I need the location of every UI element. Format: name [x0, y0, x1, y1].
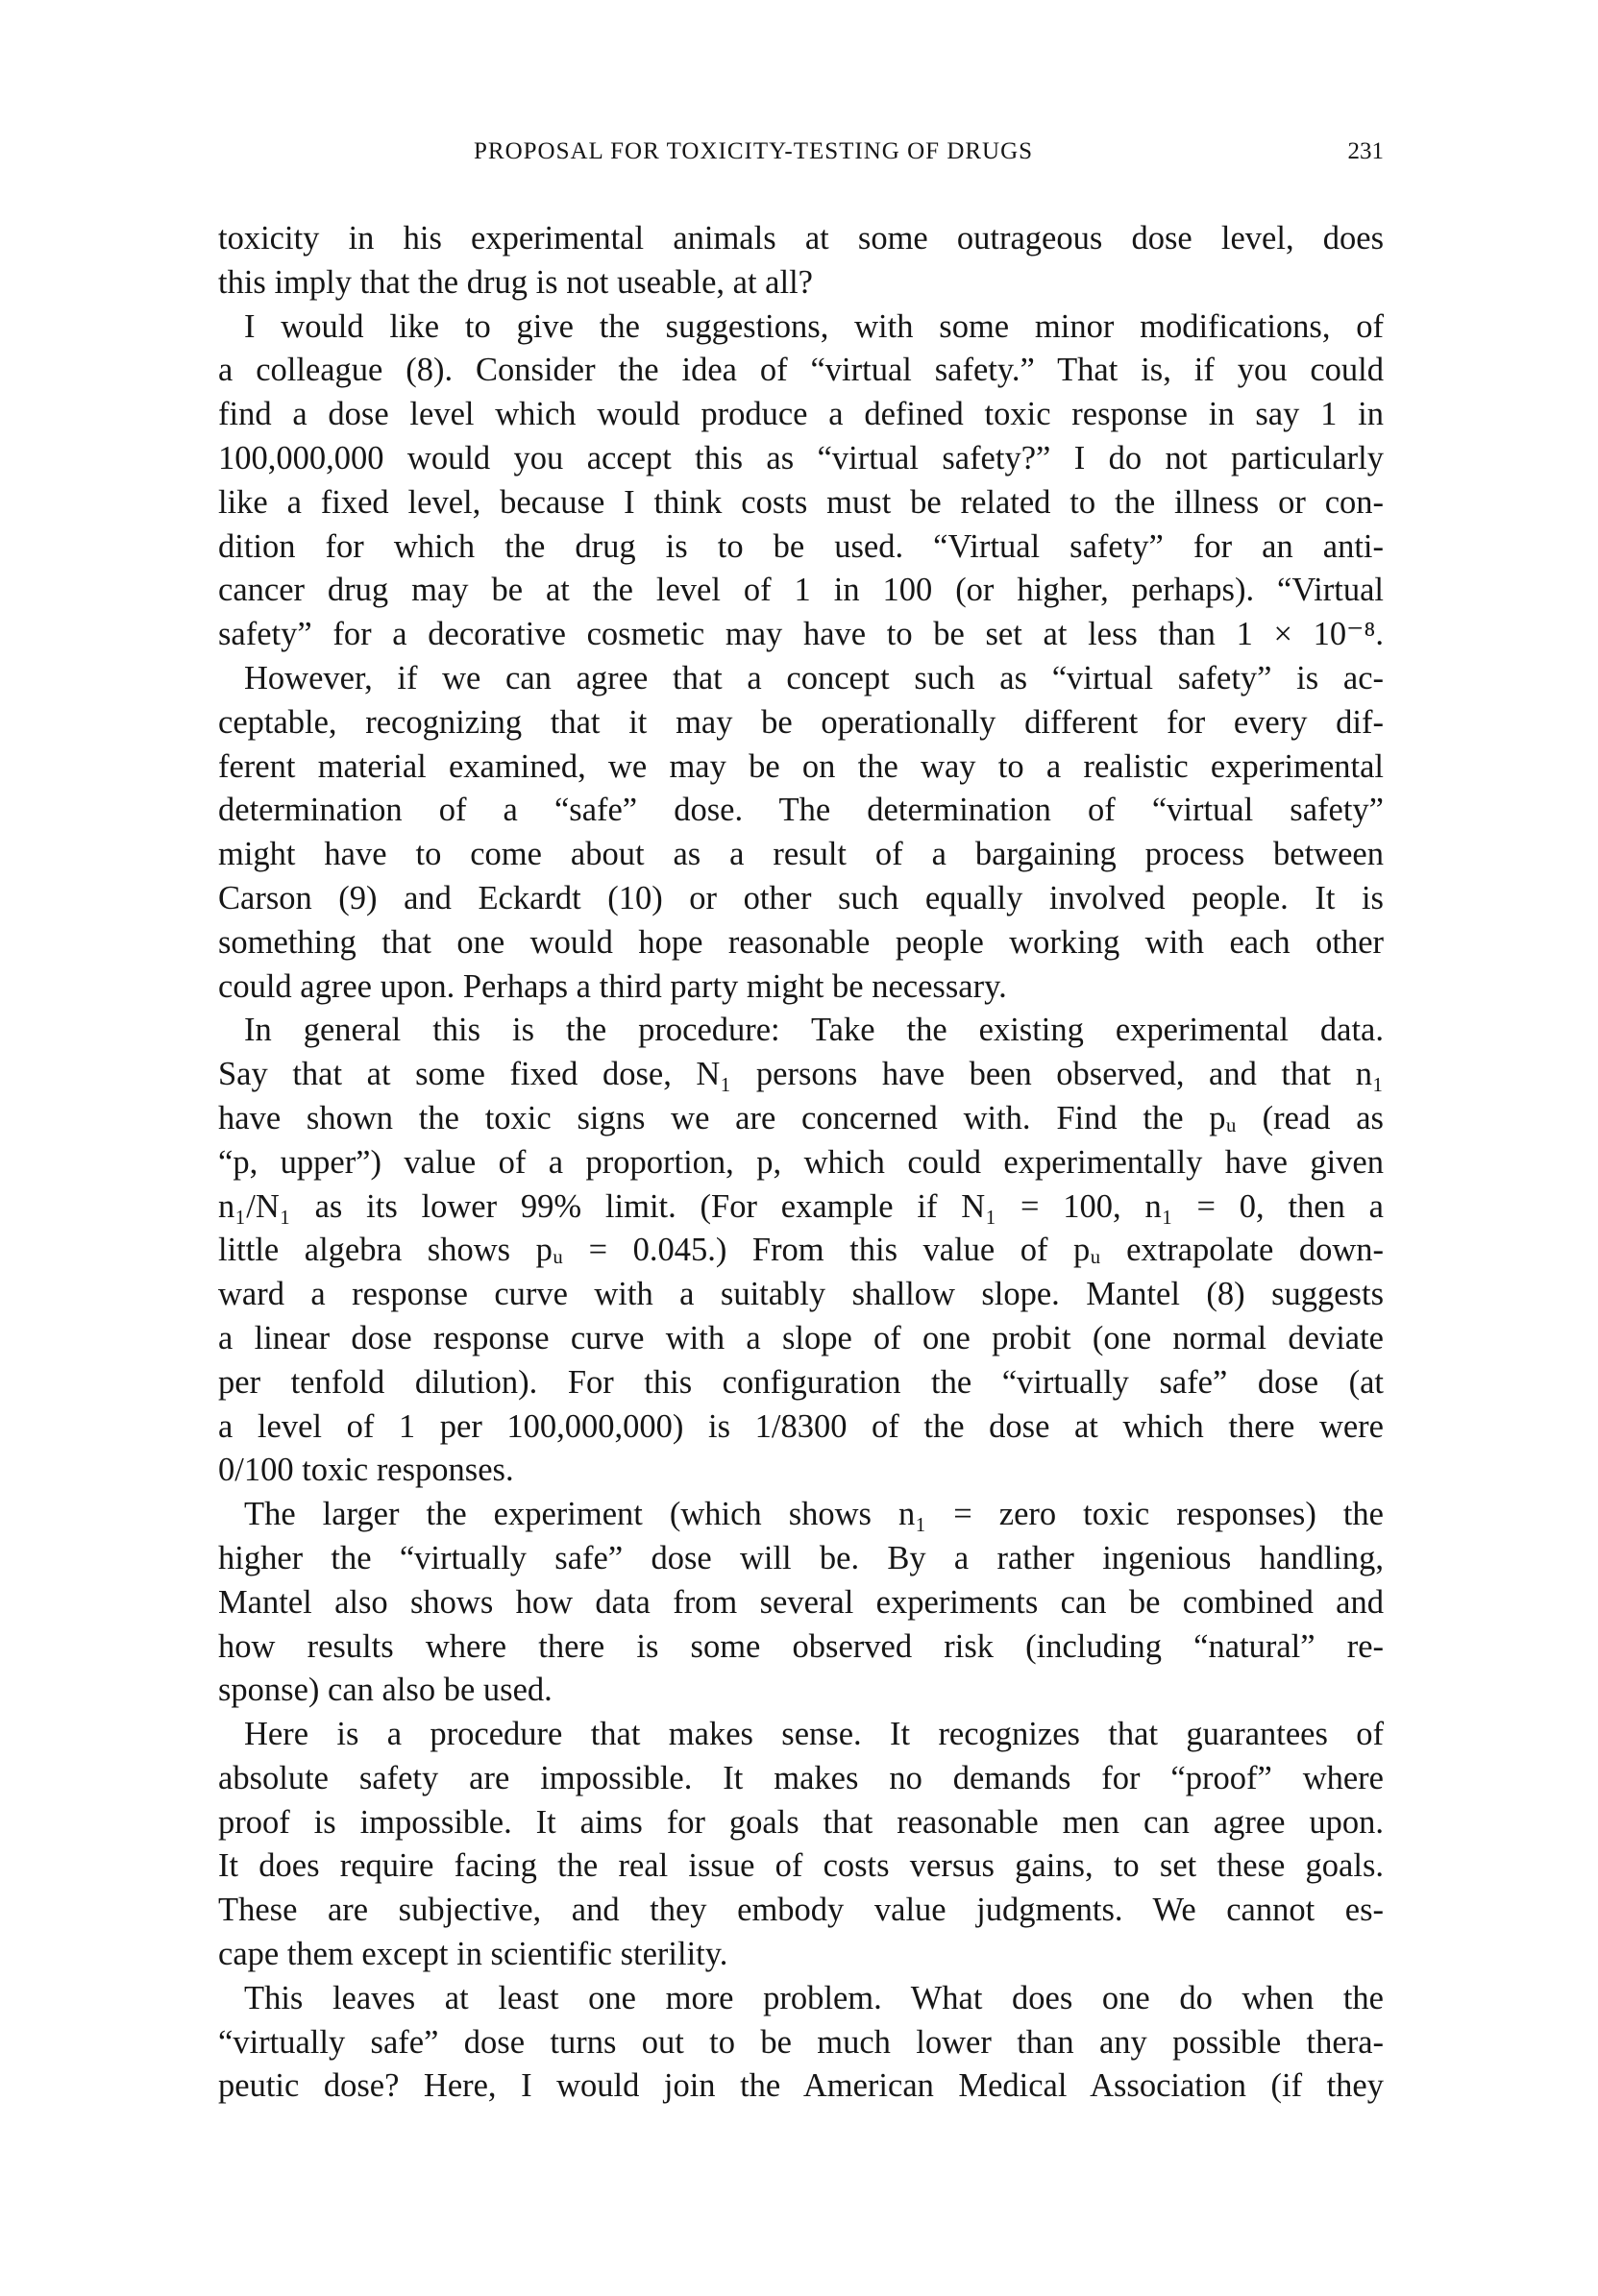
text-line: find a dose level which would produce a … — [218, 393, 1384, 437]
text-line: peutic dose? Here, I would join the Amer… — [218, 2064, 1384, 2109]
document-page: PROPOSAL FOR TOXICITY-TESTING OF DRUGS 2… — [0, 0, 1598, 2296]
text-line: like a fixed level, because I think cost… — [218, 481, 1384, 525]
text-line: n₁/N₁ as its lower 99% limit. (For examp… — [218, 1185, 1384, 1230]
text-line: could agree upon. Perhaps a third party … — [218, 965, 1384, 1010]
text-line: In general this is the procedure: Take t… — [218, 1009, 1384, 1053]
text-line: cancer drug may be at the level of 1 in … — [218, 569, 1384, 613]
text-line: safety” for a decorative cosmetic may ha… — [218, 613, 1384, 657]
text-line: “virtually safe” dose turns out to be mu… — [218, 2021, 1384, 2065]
text-line: Carson (9) and Eckardt (10) or other suc… — [218, 877, 1384, 921]
text-line: It does require facing the real issue of… — [218, 1844, 1384, 1889]
text-line: The larger the experiment (which shows n… — [218, 1493, 1384, 1537]
text-line: little algebra shows pᵤ = 0.045.) From t… — [218, 1229, 1384, 1273]
text-line: This leaves at least one more problem. W… — [218, 1977, 1384, 2021]
text-line: Say that at some fixed dose, N₁ persons … — [218, 1053, 1384, 1097]
text-line: how results where there is some observed… — [218, 1625, 1384, 1670]
running-title: PROPOSAL FOR TOXICITY-TESTING OF DRUGS — [474, 138, 1033, 165]
text-line: ward a response curve with a suitably sh… — [218, 1273, 1384, 1317]
text-line: ceptable, recognizing that it may be ope… — [218, 701, 1384, 745]
text-line: However, if we can agree that a concept … — [218, 657, 1384, 701]
text-line: this imply that the drug is not useable,… — [218, 261, 1384, 305]
text-line: “p, upper”) value of a proportion, p, wh… — [218, 1141, 1384, 1185]
text-line: absolute safety are impossible. It makes… — [218, 1757, 1384, 1801]
text-line: Mantel also shows how data from several … — [218, 1581, 1384, 1625]
text-line: Here is a procedure that makes sense. It… — [218, 1713, 1384, 1757]
body-text: toxicity in his experimental animals at … — [218, 217, 1384, 2109]
text-line: These are subjective, and they embody va… — [218, 1889, 1384, 1933]
text-line: 0/100 toxic responses. — [218, 1449, 1384, 1493]
text-line: higher the “virtually safe” dose will be… — [218, 1537, 1384, 1581]
text-line: determination of a “safe” dose. The dete… — [218, 789, 1384, 833]
text-line: ferent material examined, we may be on t… — [218, 745, 1384, 790]
text-line: have shown the toxic signs we are concer… — [218, 1097, 1384, 1141]
text-line: a level of 1 per 100,000,000) is 1/8300 … — [218, 1405, 1384, 1450]
text-line: 100,000,000 would you accept this as “vi… — [218, 437, 1384, 481]
text-line: toxicity in his experimental animals at … — [218, 217, 1384, 261]
page-number: 231 — [1348, 138, 1385, 165]
text-line: cape them except in scientific sterility… — [218, 1933, 1384, 1977]
text-line: I would like to give the suggestions, wi… — [218, 305, 1384, 350]
text-line: dition for which the drug is to be used.… — [218, 525, 1384, 570]
text-line: a linear dose response curve with a slop… — [218, 1317, 1384, 1361]
text-line: a colleague (8). Consider the idea of “v… — [218, 349, 1384, 393]
text-line: something that one would hope reasonable… — [218, 921, 1384, 965]
text-line: per tenfold dilution). For this configur… — [218, 1361, 1384, 1405]
text-line: proof is impossible. It aims for goals t… — [218, 1801, 1384, 1845]
text-line: sponse) can also be used. — [218, 1669, 1384, 1713]
running-header: PROPOSAL FOR TOXICITY-TESTING OF DRUGS 2… — [218, 138, 1384, 177]
text-line: might have to come about as a result of … — [218, 833, 1384, 877]
